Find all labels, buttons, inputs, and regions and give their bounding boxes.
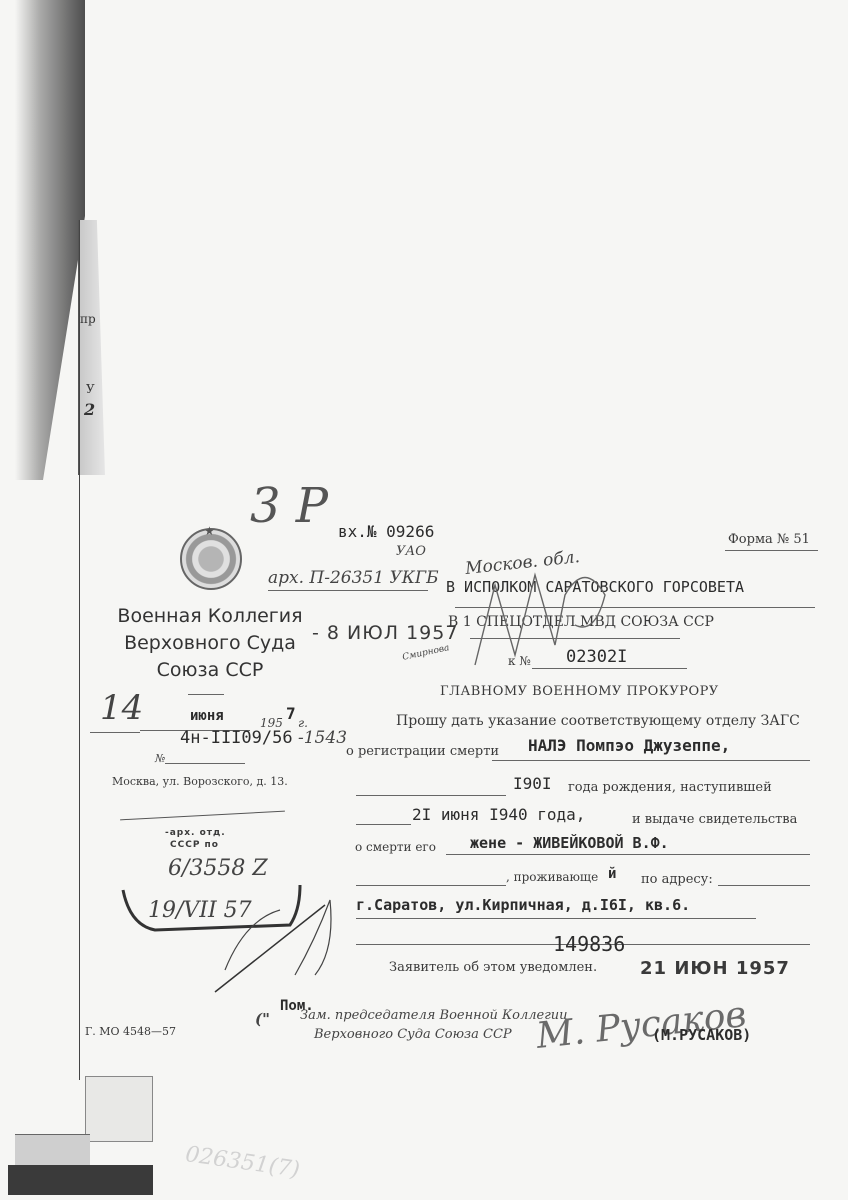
- death-date: 2I июня I940 года,: [412, 805, 585, 824]
- quote-mark: (": [255, 1010, 270, 1028]
- recipient-label: о смерти его: [355, 840, 436, 854]
- residing-suffix: й: [608, 866, 616, 882]
- binding-edge-line: [79, 220, 80, 1080]
- birth-year: I90I: [513, 774, 552, 793]
- death-registration-label: о регистрации смерти: [346, 744, 499, 759]
- strip-text: У: [86, 382, 95, 396]
- handwritten-dept: УАО: [396, 544, 426, 559]
- strip-text: пр: [80, 312, 96, 326]
- sender-org-line3: Союза ССР: [95, 659, 325, 681]
- form-number: Форма № 51: [728, 532, 810, 547]
- side-stamp-line2: СССР по: [170, 840, 219, 850]
- signature-scribble-icon: [455, 555, 615, 675]
- date-month: июня: [190, 708, 224, 724]
- handwritten-mark: 3 Р: [250, 478, 328, 534]
- binding-shadow: [15, 0, 85, 1200]
- star-icon: ★: [204, 524, 215, 538]
- outgoing-number: 149836: [553, 932, 625, 956]
- notified-label: Заявитель об этом уведомлен.: [389, 960, 597, 975]
- date-year-suffix: 7: [286, 704, 296, 723]
- bottom-dark-edge: [8, 1165, 153, 1195]
- stamp-signature: Смирнова: [401, 643, 450, 663]
- certificate-recipient: жене - ЖИВЕЙКОВОЙ В.Ф.: [470, 834, 669, 852]
- received-date-stamp: - 8 ИЮЛ 1957: [312, 622, 458, 644]
- stamp-border: [120, 811, 285, 821]
- body-intro: Прошу дать указание соответствующему отд…: [396, 713, 800, 729]
- signer-title-line2: Верховного Суда Союза ССР: [314, 1027, 512, 1042]
- side-stamp-line1: -арх. отд.: [165, 828, 226, 838]
- doc-number-prefix: №: [155, 752, 165, 765]
- sender-org-line2: Верховного Суда: [95, 632, 325, 654]
- archive-reference: арх. П-26351 УКГБ: [268, 568, 439, 588]
- certificate-label: и выдаче свидетельства: [632, 812, 797, 827]
- binding-strip: [78, 220, 105, 475]
- print-code: Г. МО 4548—57: [85, 1025, 176, 1038]
- recipient-line3: ГЛАВНОМУ ВОЕННОМУ ПРОКУРОРУ: [440, 684, 719, 699]
- sender-address: Москва, ул. Ворозского, д. 13.: [112, 775, 288, 788]
- residing-label: , проживающе: [506, 870, 598, 884]
- residence-address: г.Саратов, ул.Кирпичная, д.I6I, кв.6.: [356, 896, 690, 914]
- sender-org-line1: Военная Коллегия: [95, 605, 325, 627]
- strip-text: 2: [84, 400, 95, 419]
- signatory-name: (М.РУСАКОВ): [652, 1026, 751, 1044]
- doc-number-typed: 4н-III09/56: [180, 728, 293, 748]
- stamp-scribble-icon: [115, 880, 335, 1000]
- notified-date-stamp: 21 ИЮН 1957: [640, 958, 790, 979]
- doc-number-handwritten: -1543: [298, 728, 347, 748]
- bottom-paper-fragment: [85, 1076, 153, 1142]
- incoming-number: вх.№ 09266: [338, 522, 434, 541]
- side-stamp-number: 6/3558 Z: [168, 856, 268, 881]
- birth-label: года рождения, наступившей: [568, 780, 772, 795]
- bottom-paper-fragment: [15, 1134, 90, 1165]
- faded-note: 026351(7): [184, 1142, 302, 1183]
- date-day: 14: [100, 688, 143, 728]
- address-label: по адресу:: [641, 872, 713, 887]
- signer-title-line1: Зам. председателя Военной Коллегии: [300, 1008, 568, 1023]
- deceased-name: НАЛЭ Помпэо Джузеппе,: [528, 736, 730, 755]
